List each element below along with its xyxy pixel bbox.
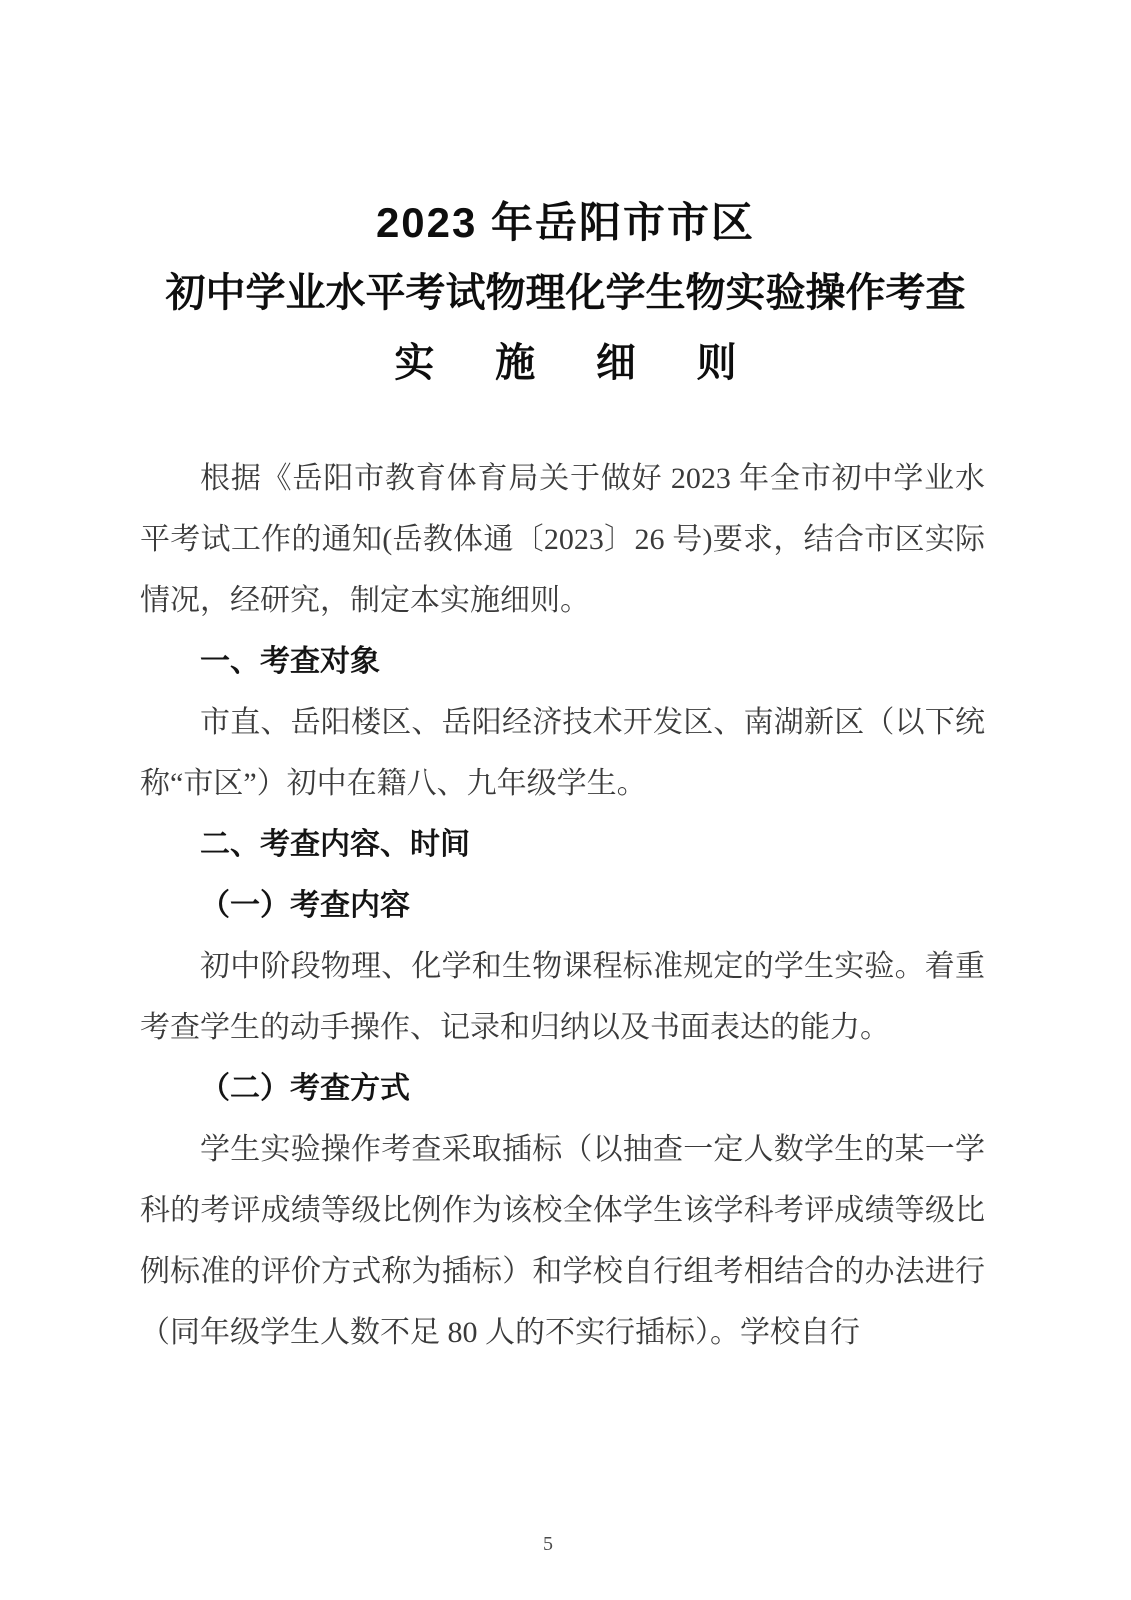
document-title: 2023 年岳阳市市区 初中学业水平考试物理化学生物实验操作考查 实 施 细 则 (0, 0, 1131, 398)
title-line-1: 2023 年岳阳市市区 (0, 188, 1131, 258)
section-2-sub-2-paragraph: 学生实验操作考查采取插标（以抽查一定人数学生的某一学科的考评成绩等级比例作为该校… (140, 1119, 985, 1363)
page-number: 5 (0, 1533, 1096, 1556)
title-line-3: 实 施 细 则 (0, 328, 1131, 398)
section-1-paragraph: 市直、岳阳楼区、岳阳经济技术开发区、南湖新区（以下统称“市区”）初中在籍八、九年… (140, 692, 985, 814)
section-2-sub-1-paragraph: 初中阶段物理、化学和生物课程标准规定的学生实验。着重考查学生的动手操作、记录和归… (140, 936, 985, 1058)
intro-paragraph: 根据《岳阳市教育体育局关于做好 2023 年全市初中学业水平考试工作的通知(岳教… (140, 448, 985, 631)
document-page: 2023 年岳阳市市区 初中学业水平考试物理化学生物实验操作考查 实 施 细 则… (0, 0, 1131, 1600)
section-2-heading: 二、考查内容、时间 (140, 814, 985, 875)
section-2-sub-1-heading: （一）考查内容 (140, 875, 985, 936)
title-line-2: 初中学业水平考试物理化学生物实验操作考查 (0, 258, 1131, 328)
section-2-sub-2-heading: （二）考查方式 (140, 1058, 985, 1119)
document-body: 根据《岳阳市教育体育局关于做好 2023 年全市初中学业水平考试工作的通知(岳教… (140, 448, 985, 1363)
section-1-heading: 一、考查对象 (140, 631, 985, 692)
